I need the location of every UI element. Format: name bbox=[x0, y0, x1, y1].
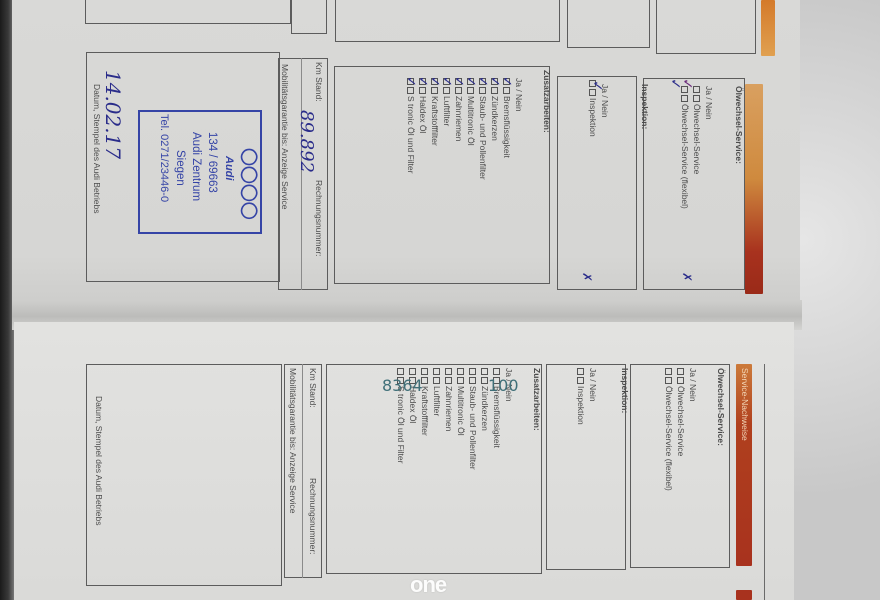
zusatz-option[interactable]: Multitronic Öl bbox=[465, 78, 476, 146]
stamp-brand: Audi bbox=[223, 156, 234, 180]
checkmark-icon: ✓ bbox=[417, 76, 428, 87]
section-banner-label: Service-Nachweise bbox=[739, 368, 750, 441]
prev-datum-box bbox=[85, 0, 291, 24]
initials-mark: ✗ bbox=[681, 272, 692, 282]
oelwechsel-ja-nein: Ja / Nein bbox=[687, 368, 698, 402]
zusatz-option[interactable]: Zündkerzen bbox=[489, 78, 500, 141]
checkbox[interactable] bbox=[397, 368, 404, 375]
checkbox[interactable] bbox=[409, 368, 416, 375]
zusatz-option[interactable]: Zahnriemen bbox=[453, 78, 464, 141]
checkmark-icon: ✓ bbox=[405, 76, 416, 87]
inspektion-heading: Inspektion: bbox=[619, 368, 630, 413]
km-stand-label: Km Stand: bbox=[307, 368, 318, 408]
checkmark-icon: ✓ bbox=[591, 80, 602, 92]
zusatzarbeiten-heading: Zusatzarbeiten: bbox=[531, 368, 542, 431]
inspektion-ja-nein: Ja / Nein bbox=[587, 368, 598, 402]
checkbox[interactable] bbox=[479, 87, 486, 94]
checkbox[interactable] bbox=[491, 87, 498, 94]
checkmark-icon: ✓ bbox=[441, 76, 452, 87]
km-divider bbox=[302, 364, 303, 578]
mobilitaet-label: Mobilitätsgarantie bis: Anzeige Service bbox=[279, 64, 290, 210]
checkmark-icon: ✓ bbox=[501, 76, 512, 87]
booklet-photo: Ölwechsel-Service: Ja / Nein Ölwechsel-S… bbox=[0, 0, 880, 600]
checkmark-icon: ✓ bbox=[465, 76, 476, 87]
checkbox[interactable] bbox=[665, 377, 672, 384]
zusatz-option[interactable]: Bremsflüssigkeit bbox=[501, 78, 512, 158]
oelwechsel-ja-nein: Ja / Nein bbox=[703, 86, 714, 120]
overlay-number: 100 bbox=[488, 376, 519, 395]
checkbox[interactable] bbox=[433, 368, 440, 375]
datum-value: 14.02.17 bbox=[102, 70, 124, 159]
zusatz-option[interactable]: Zahnriemen bbox=[443, 368, 454, 431]
checkbox[interactable] bbox=[445, 377, 452, 384]
oelwechsel-option[interactable]: Ölwechsel-Service bbox=[691, 86, 702, 174]
oelwechsel-option[interactable]: Ölwechsel-Service (flexibel) bbox=[663, 368, 674, 491]
checkbox[interactable] bbox=[493, 368, 500, 375]
checkbox[interactable] bbox=[577, 377, 584, 384]
inspektion-box bbox=[546, 364, 626, 570]
checkbox[interactable] bbox=[457, 368, 464, 375]
checkbox[interactable] bbox=[467, 87, 474, 94]
datum-stempel-box bbox=[86, 364, 282, 586]
rechnungsnummer-label: Rechnungsnummer: bbox=[307, 478, 318, 555]
inspektion-option[interactable]: Inspektion bbox=[575, 368, 586, 425]
initials-mark: ✗ bbox=[581, 272, 592, 282]
mobilitaet-label: Mobilitätsgarantie bis: Anzeige Service bbox=[287, 368, 298, 514]
datum-label: Datum, Stempel des Audi Betriebs bbox=[93, 396, 104, 525]
checkbox[interactable] bbox=[407, 87, 414, 94]
prev-zusatz-box bbox=[335, 0, 560, 42]
checkbox[interactable] bbox=[431, 87, 438, 94]
checkbox[interactable] bbox=[455, 87, 462, 94]
checkbox[interactable] bbox=[481, 377, 488, 384]
oelwechsel-option[interactable]: Ölwechsel-Service bbox=[675, 368, 686, 456]
checkbox[interactable] bbox=[681, 95, 688, 102]
page-edge-line bbox=[764, 364, 765, 600]
checkbox[interactable] bbox=[577, 368, 584, 375]
rechnungsnummer-label: Rechnungsnummer: bbox=[313, 180, 324, 257]
checkmark-icon: ✓ bbox=[429, 76, 440, 87]
checkbox[interactable] bbox=[693, 95, 700, 102]
checkbox[interactable] bbox=[445, 368, 452, 375]
checkbox[interactable] bbox=[677, 368, 684, 375]
checkbox[interactable] bbox=[443, 87, 450, 94]
stamp-name: Audi Zentrum bbox=[189, 132, 202, 201]
checkbox[interactable] bbox=[481, 368, 488, 375]
checkmark-icon: ✓ bbox=[453, 76, 464, 87]
zusatz-option[interactable]: Multitronic Öl bbox=[455, 368, 466, 436]
checkbox[interactable] bbox=[419, 87, 426, 94]
checkbox[interactable] bbox=[469, 368, 476, 375]
zusatzarbeiten-heading: Zusatzarbeiten: bbox=[541, 70, 552, 133]
zusatz-option[interactable]: S tronic Öl und Filter bbox=[405, 78, 416, 173]
km-stand-label: Km Stand: bbox=[313, 62, 324, 102]
zusatz-ja-nein: Ja / Nein bbox=[513, 78, 524, 112]
oelwechsel-option[interactable]: Ölwechsel-Service (flexibel) bbox=[679, 86, 690, 209]
zusatz-option[interactable]: Staub- und Pollenfilter bbox=[467, 368, 478, 470]
audi-rings-icon: ◯◯◯◯ bbox=[240, 148, 258, 220]
oelwechsel-heading: Ölwechsel-Service: bbox=[733, 86, 744, 164]
accent-bar bbox=[745, 84, 763, 294]
checkbox[interactable] bbox=[457, 377, 464, 384]
zusatz-option[interactable]: Luftfilter bbox=[431, 368, 442, 416]
next-banner bbox=[736, 590, 752, 600]
km-stand-value: 89.892 bbox=[296, 110, 316, 173]
inspektion-heading: Inspektion: bbox=[639, 84, 650, 129]
prev-accent-bar bbox=[761, 0, 775, 56]
checkbox[interactable] bbox=[469, 377, 476, 384]
prev-inspektion-box bbox=[567, 0, 650, 48]
checkbox[interactable] bbox=[433, 377, 440, 384]
checkmark-icon: ✓ bbox=[477, 76, 488, 87]
stamp-phone: Tel. 0271/23446-0 bbox=[157, 114, 170, 202]
stamp-dealer-no: 134 / 69663 bbox=[205, 132, 218, 193]
zusatz-option[interactable]: Staub- und Pollenfilter bbox=[477, 78, 488, 180]
oelwechsel-heading: Ölwechsel-Service: bbox=[715, 368, 726, 446]
overlay-number: 8364 bbox=[382, 376, 423, 395]
watermark-logo: one bbox=[410, 572, 446, 598]
checkbox[interactable] bbox=[665, 368, 672, 375]
zusatz-option[interactable]: Kraftstofffilter bbox=[429, 78, 440, 146]
checkmark-icon: ✓ bbox=[669, 78, 680, 90]
km-divider bbox=[301, 58, 302, 290]
checkbox[interactable] bbox=[421, 368, 428, 375]
prev-km-box bbox=[291, 0, 327, 34]
stamp-city: Siegen bbox=[173, 150, 186, 186]
checkmark-icon: ✓ bbox=[489, 76, 500, 87]
checkbox[interactable] bbox=[503, 87, 510, 94]
checkbox[interactable] bbox=[677, 377, 684, 384]
prev-oel-box bbox=[656, 0, 756, 54]
